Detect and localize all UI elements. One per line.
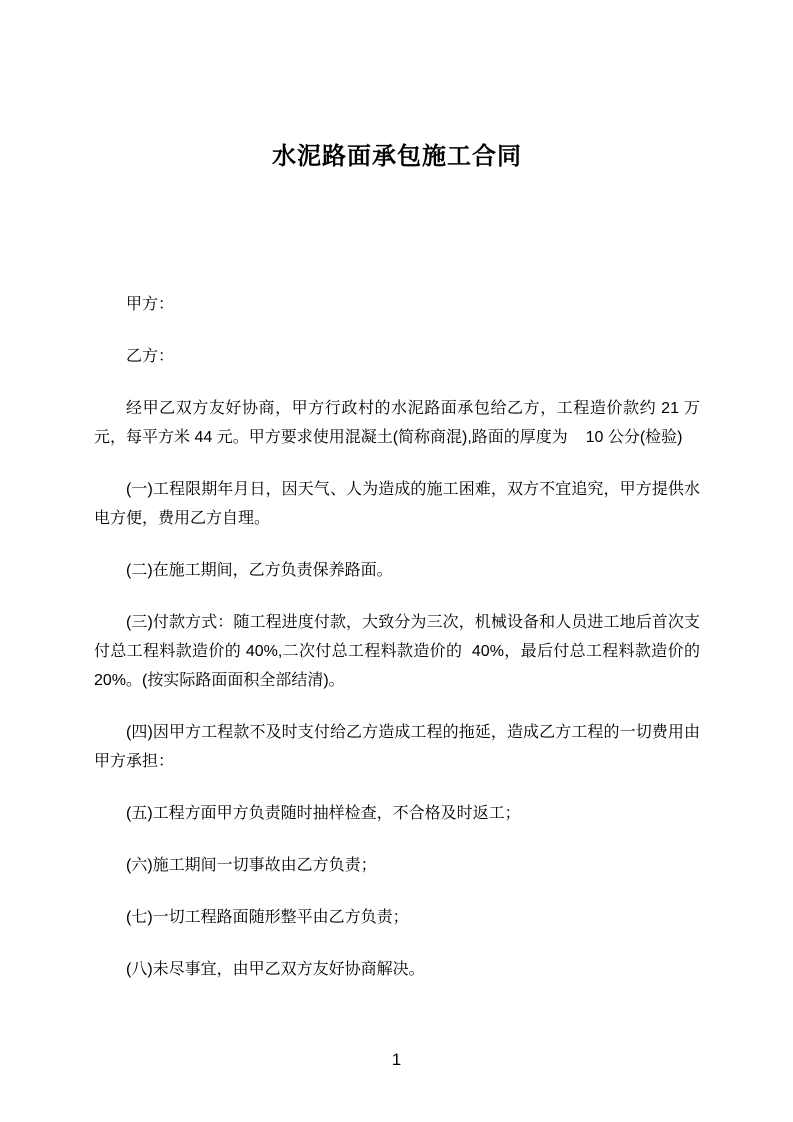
- clause-6: (六)施工期间一切事故由乙方负责；: [94, 851, 700, 880]
- document-content: 水泥路面承包施工合同 甲方： 乙方： 经甲乙双方友好协商，甲方行政村的水泥路面承…: [94, 0, 700, 1007]
- clause-4: (四)因甲方工程款不及时支付给乙方造成工程的拖延，造成乙方工程的一切费用由甲方承…: [94, 718, 700, 776]
- clause-2: (二)在施工期间，乙方负责保养路面。: [94, 556, 700, 585]
- clause-1: (一)工程限期年月日，因天气、人为造成的施工困难，双方不宜追究，甲方提供水电方便…: [94, 475, 700, 533]
- clause-5: (五)工程方面甲方负责随时抽样检查，不合格及时返工；: [94, 799, 700, 828]
- clause-8: (八)未尽事宜，由甲乙双方友好协商解决。: [94, 955, 700, 984]
- document-page: 水泥路面承包施工合同 甲方： 乙方： 经甲乙双方友好协商，甲方行政村的水泥路面承…: [0, 0, 793, 1122]
- party-a-line: 甲方：: [94, 290, 700, 319]
- clause-3: (三)付款方式：随工程进度付款，大致分为三次，机械设备和人员进工地后首次支付总工…: [94, 608, 700, 695]
- document-title: 水泥路面承包施工合同: [94, 140, 700, 173]
- party-b-line: 乙方：: [94, 342, 700, 371]
- intro-paragraph: 经甲乙双方友好协商，甲方行政村的水泥路面承包给乙方，工程造价款约 21 万元，每…: [94, 394, 700, 452]
- page-number: 1: [0, 1048, 793, 1072]
- clause-7: (七)一切工程路面随形整平由乙方负责；: [94, 903, 700, 932]
